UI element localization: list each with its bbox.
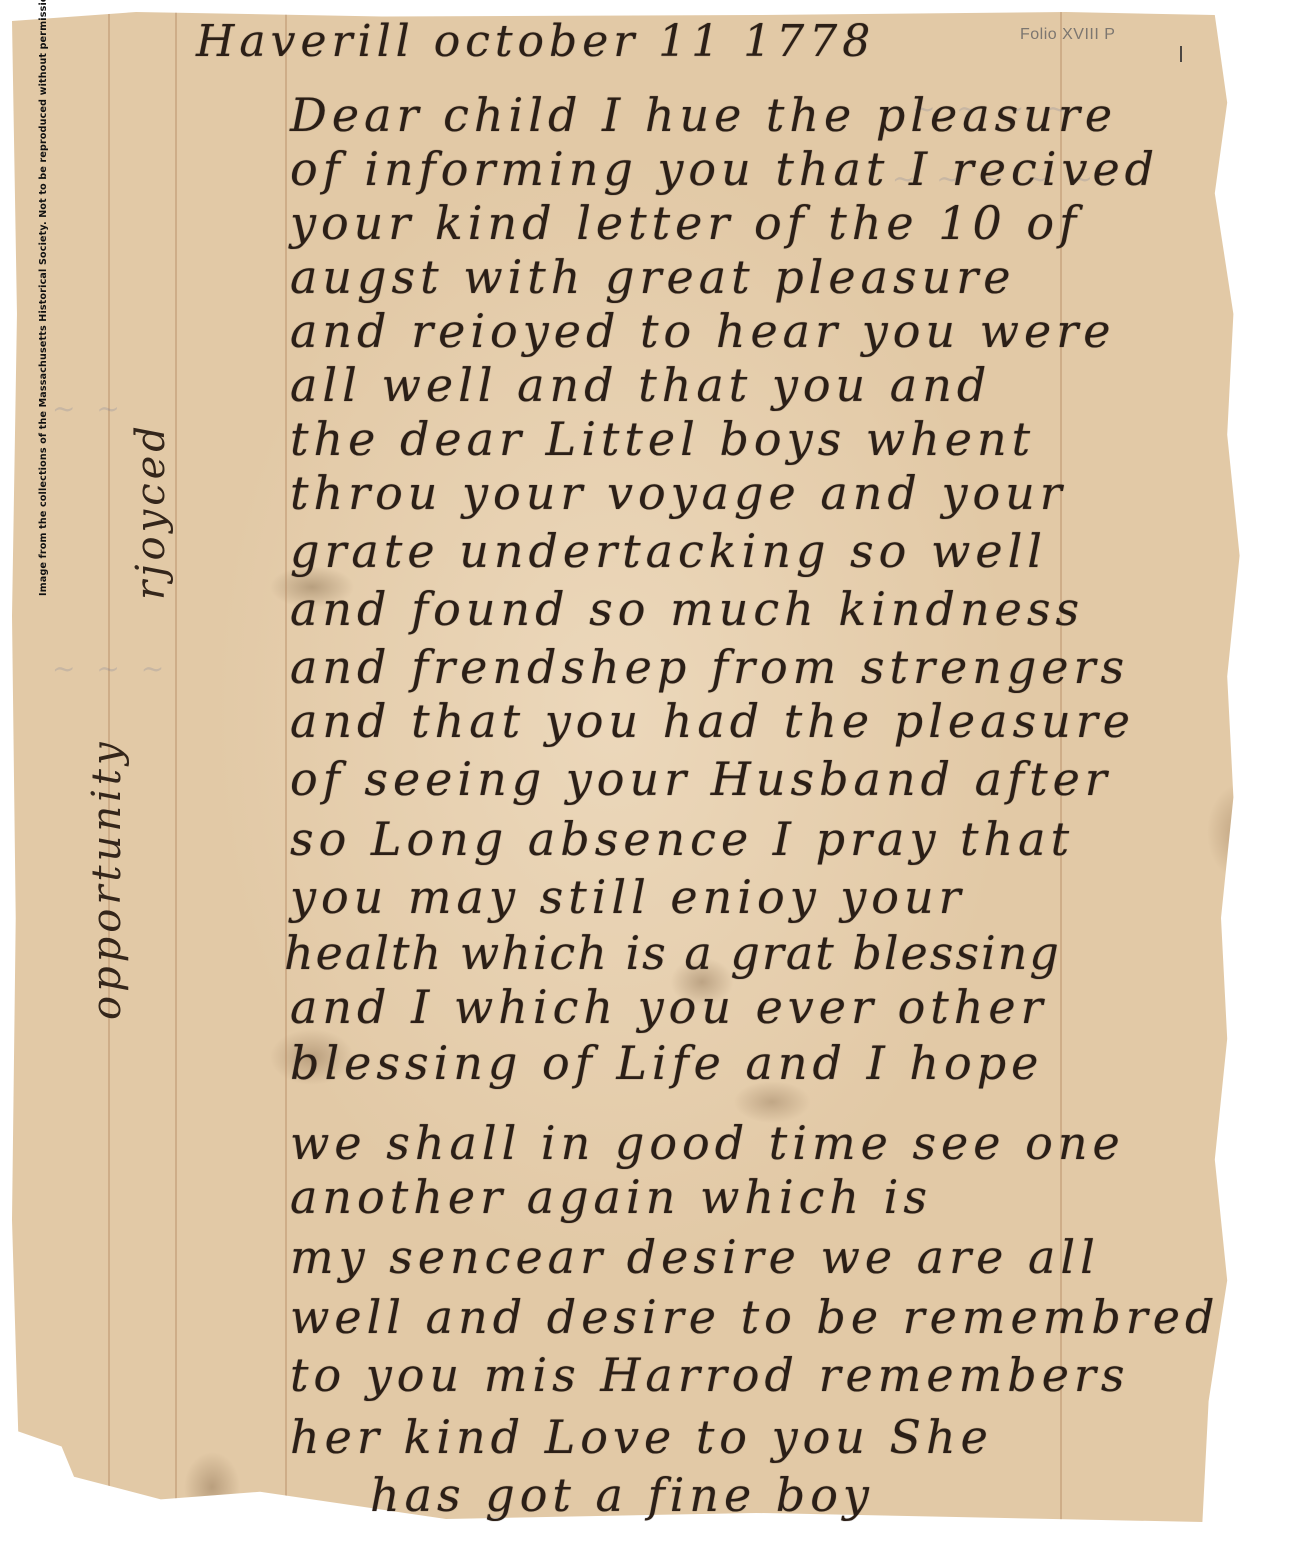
letter-line: another again which is [290,1170,932,1224]
letter-line: of seeing your Husband after [290,752,1112,806]
ruled-line [175,12,177,1522]
letter-line: blessing of Life and I hope [290,1036,1043,1090]
letter-line: and reioyed to hear you were [290,304,1115,358]
letter-line: so Long absence I pray that [290,812,1074,866]
margin-note: rjoyced [128,422,174,600]
letter-line: my sencear desire we are all [290,1230,1100,1284]
letter-line: your kind letter of the 10 of [290,196,1081,250]
letter-line: the dear Littel boys whent [290,412,1035,466]
margin-note: opportunity [84,738,130,1020]
letter-heading: Haverill october 11 1778 [196,16,875,67]
letter-line: health which is a grat blessing [284,926,1061,980]
folio-label: Folio XVIII P [1020,26,1115,44]
letter-line: her kind Love to you She [290,1410,993,1464]
letter-line: and I which you ever other [290,980,1048,1034]
rights-notice: Image from the collections of the Massac… [38,36,54,596]
letter-line: grate undertacking so well [290,524,1047,578]
letter-line: Dear child I hue the pleasure [290,88,1117,142]
letter-line: and that you had the pleasure [290,694,1135,748]
letter-line: we shall in good time see one [290,1116,1125,1170]
letter-line: you may still enioy your [290,870,966,924]
letter-line: has got a fine boy [370,1468,874,1522]
letter-line: all well and that you and [290,358,991,412]
letter-line: augst with great pleasure [290,250,1015,304]
letter-line: throu your voyage and your [290,466,1067,520]
bleed-through-text: ~ ~ ~ [52,652,170,685]
letter-line: and frendshep from strengers [290,640,1129,694]
letter-line: and found so much kindness [290,582,1084,636]
letter-line: to you mis Harrod remembers [290,1348,1130,1402]
ruled-line [285,12,287,1522]
folio-number-mark [1180,46,1182,62]
letter-line: of informing you that I recived [290,142,1159,196]
bleed-through-text: ~ ~ [52,392,126,425]
letter-line: well and desire to be remembred [290,1290,1219,1344]
